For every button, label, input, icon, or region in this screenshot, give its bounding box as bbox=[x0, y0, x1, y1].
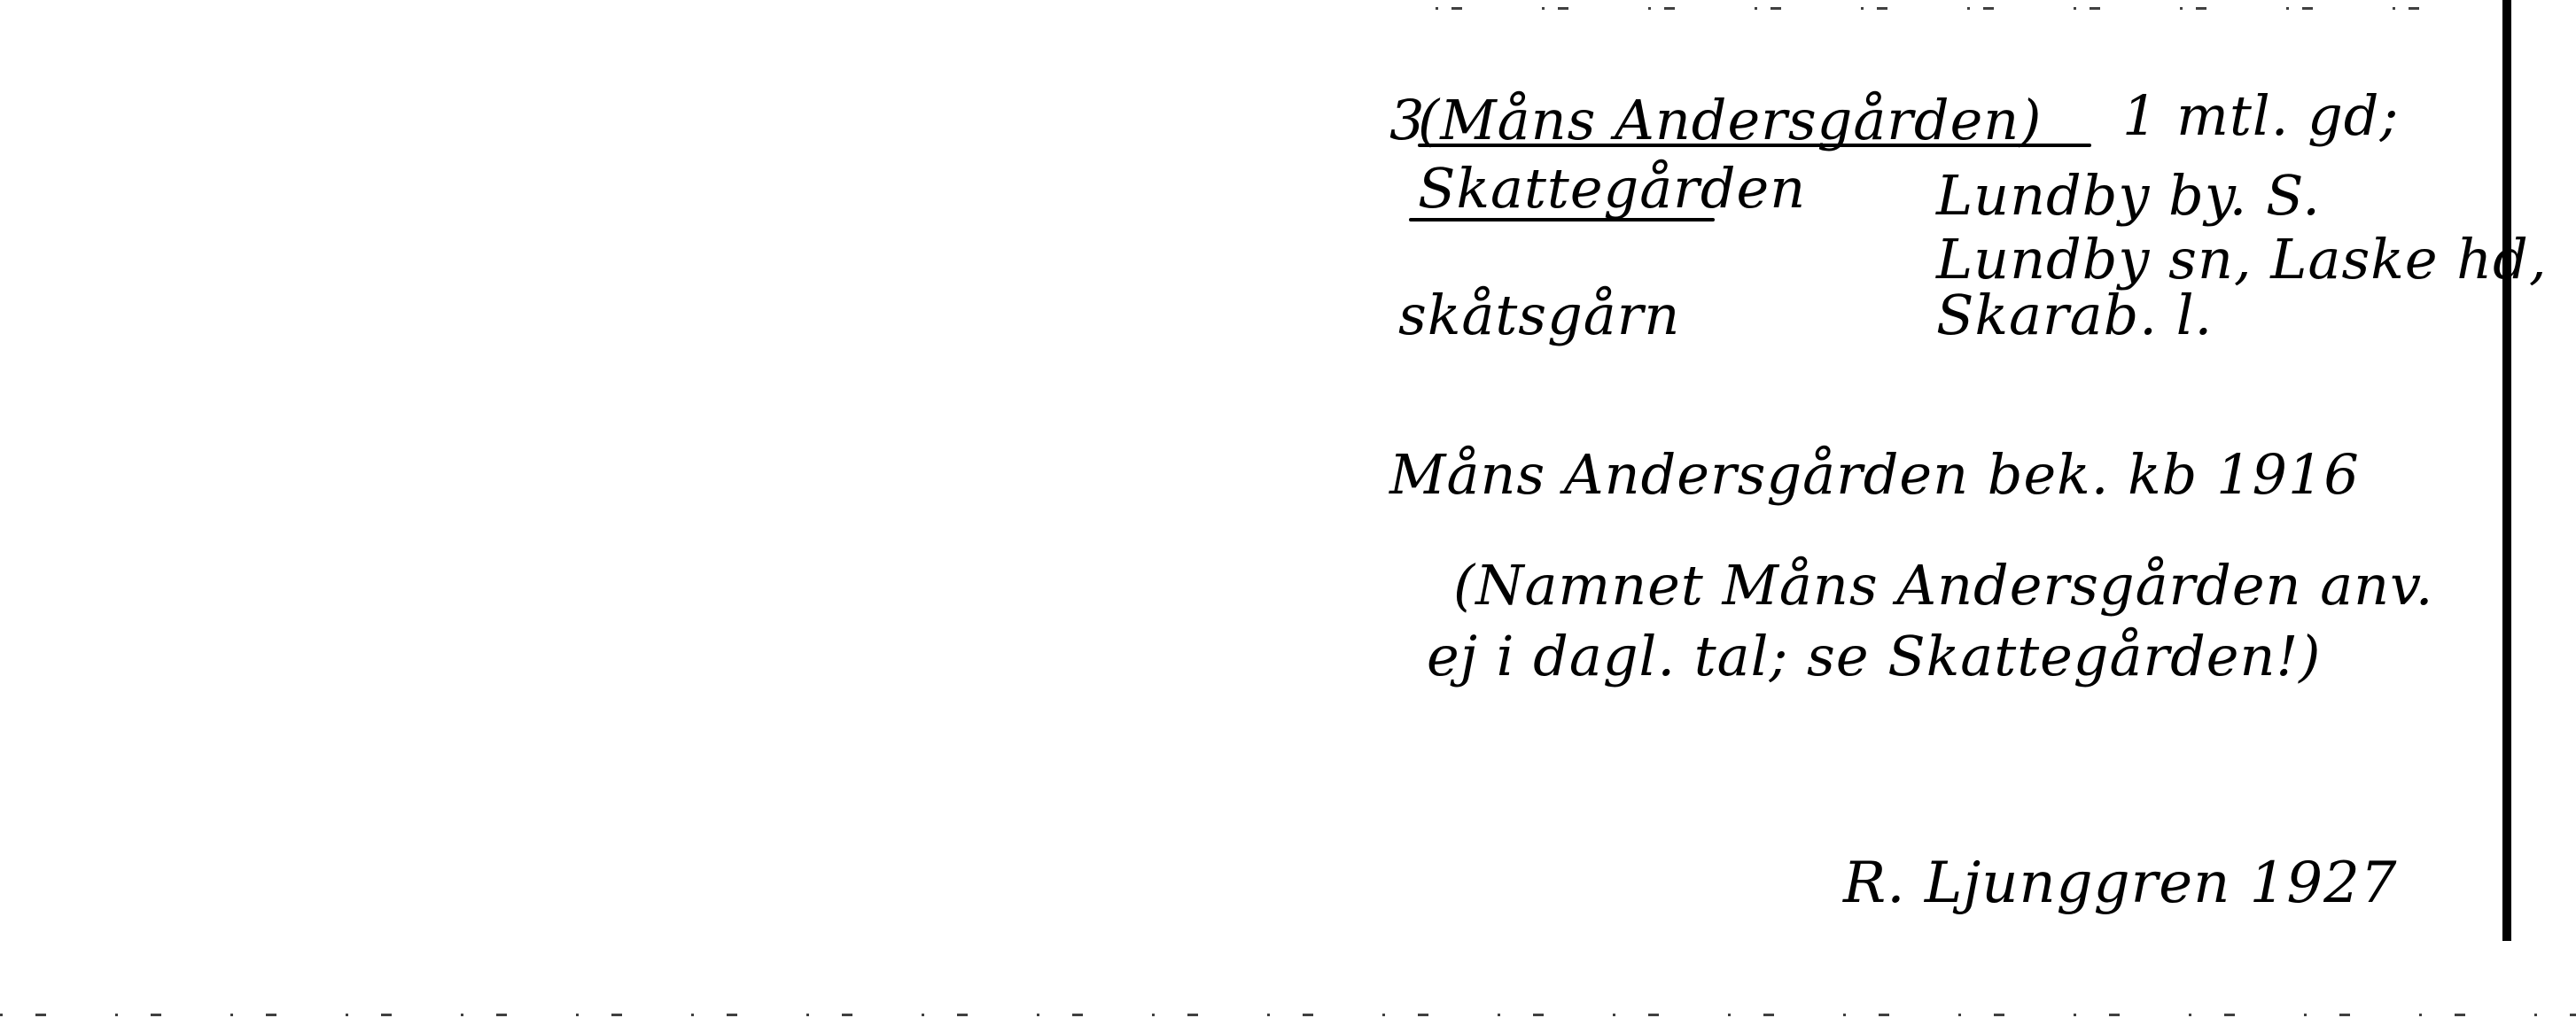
heading-underline bbox=[1418, 144, 2091, 147]
remark-line-2: ej i dagl. tal; se Skattegården!) bbox=[1427, 629, 2322, 684]
official-name-underline bbox=[1409, 218, 1715, 221]
location-parish: Lundby sn, Laske hd, bbox=[1936, 232, 2548, 287]
remark-line-1: (Namnet Måns Andersgården anv. bbox=[1453, 558, 2433, 613]
dialect-pronunciation: skåtsgårn bbox=[1398, 288, 1680, 343]
location-village: Lundby by. S. bbox=[1936, 168, 2321, 223]
record-note: Måns Andersgården bek. kb 1916 bbox=[1389, 447, 2360, 502]
farm-size: 1 mtl. gd; bbox=[2122, 89, 2399, 144]
official-name: Skattegården bbox=[1418, 161, 1806, 216]
location-county: Skarab. l. bbox=[1936, 288, 2213, 343]
scan-artifact-bottom bbox=[0, 1014, 2576, 1016]
card-right-edge bbox=[2502, 0, 2511, 941]
signature: R. Ljunggren 1927 bbox=[1843, 855, 2398, 912]
scanned-page: 3 (Måns Andersgården) 1 mtl. gd; Skatteg… bbox=[0, 0, 2576, 1018]
place-name-heading: (Måns Andersgården) bbox=[1418, 93, 2042, 148]
